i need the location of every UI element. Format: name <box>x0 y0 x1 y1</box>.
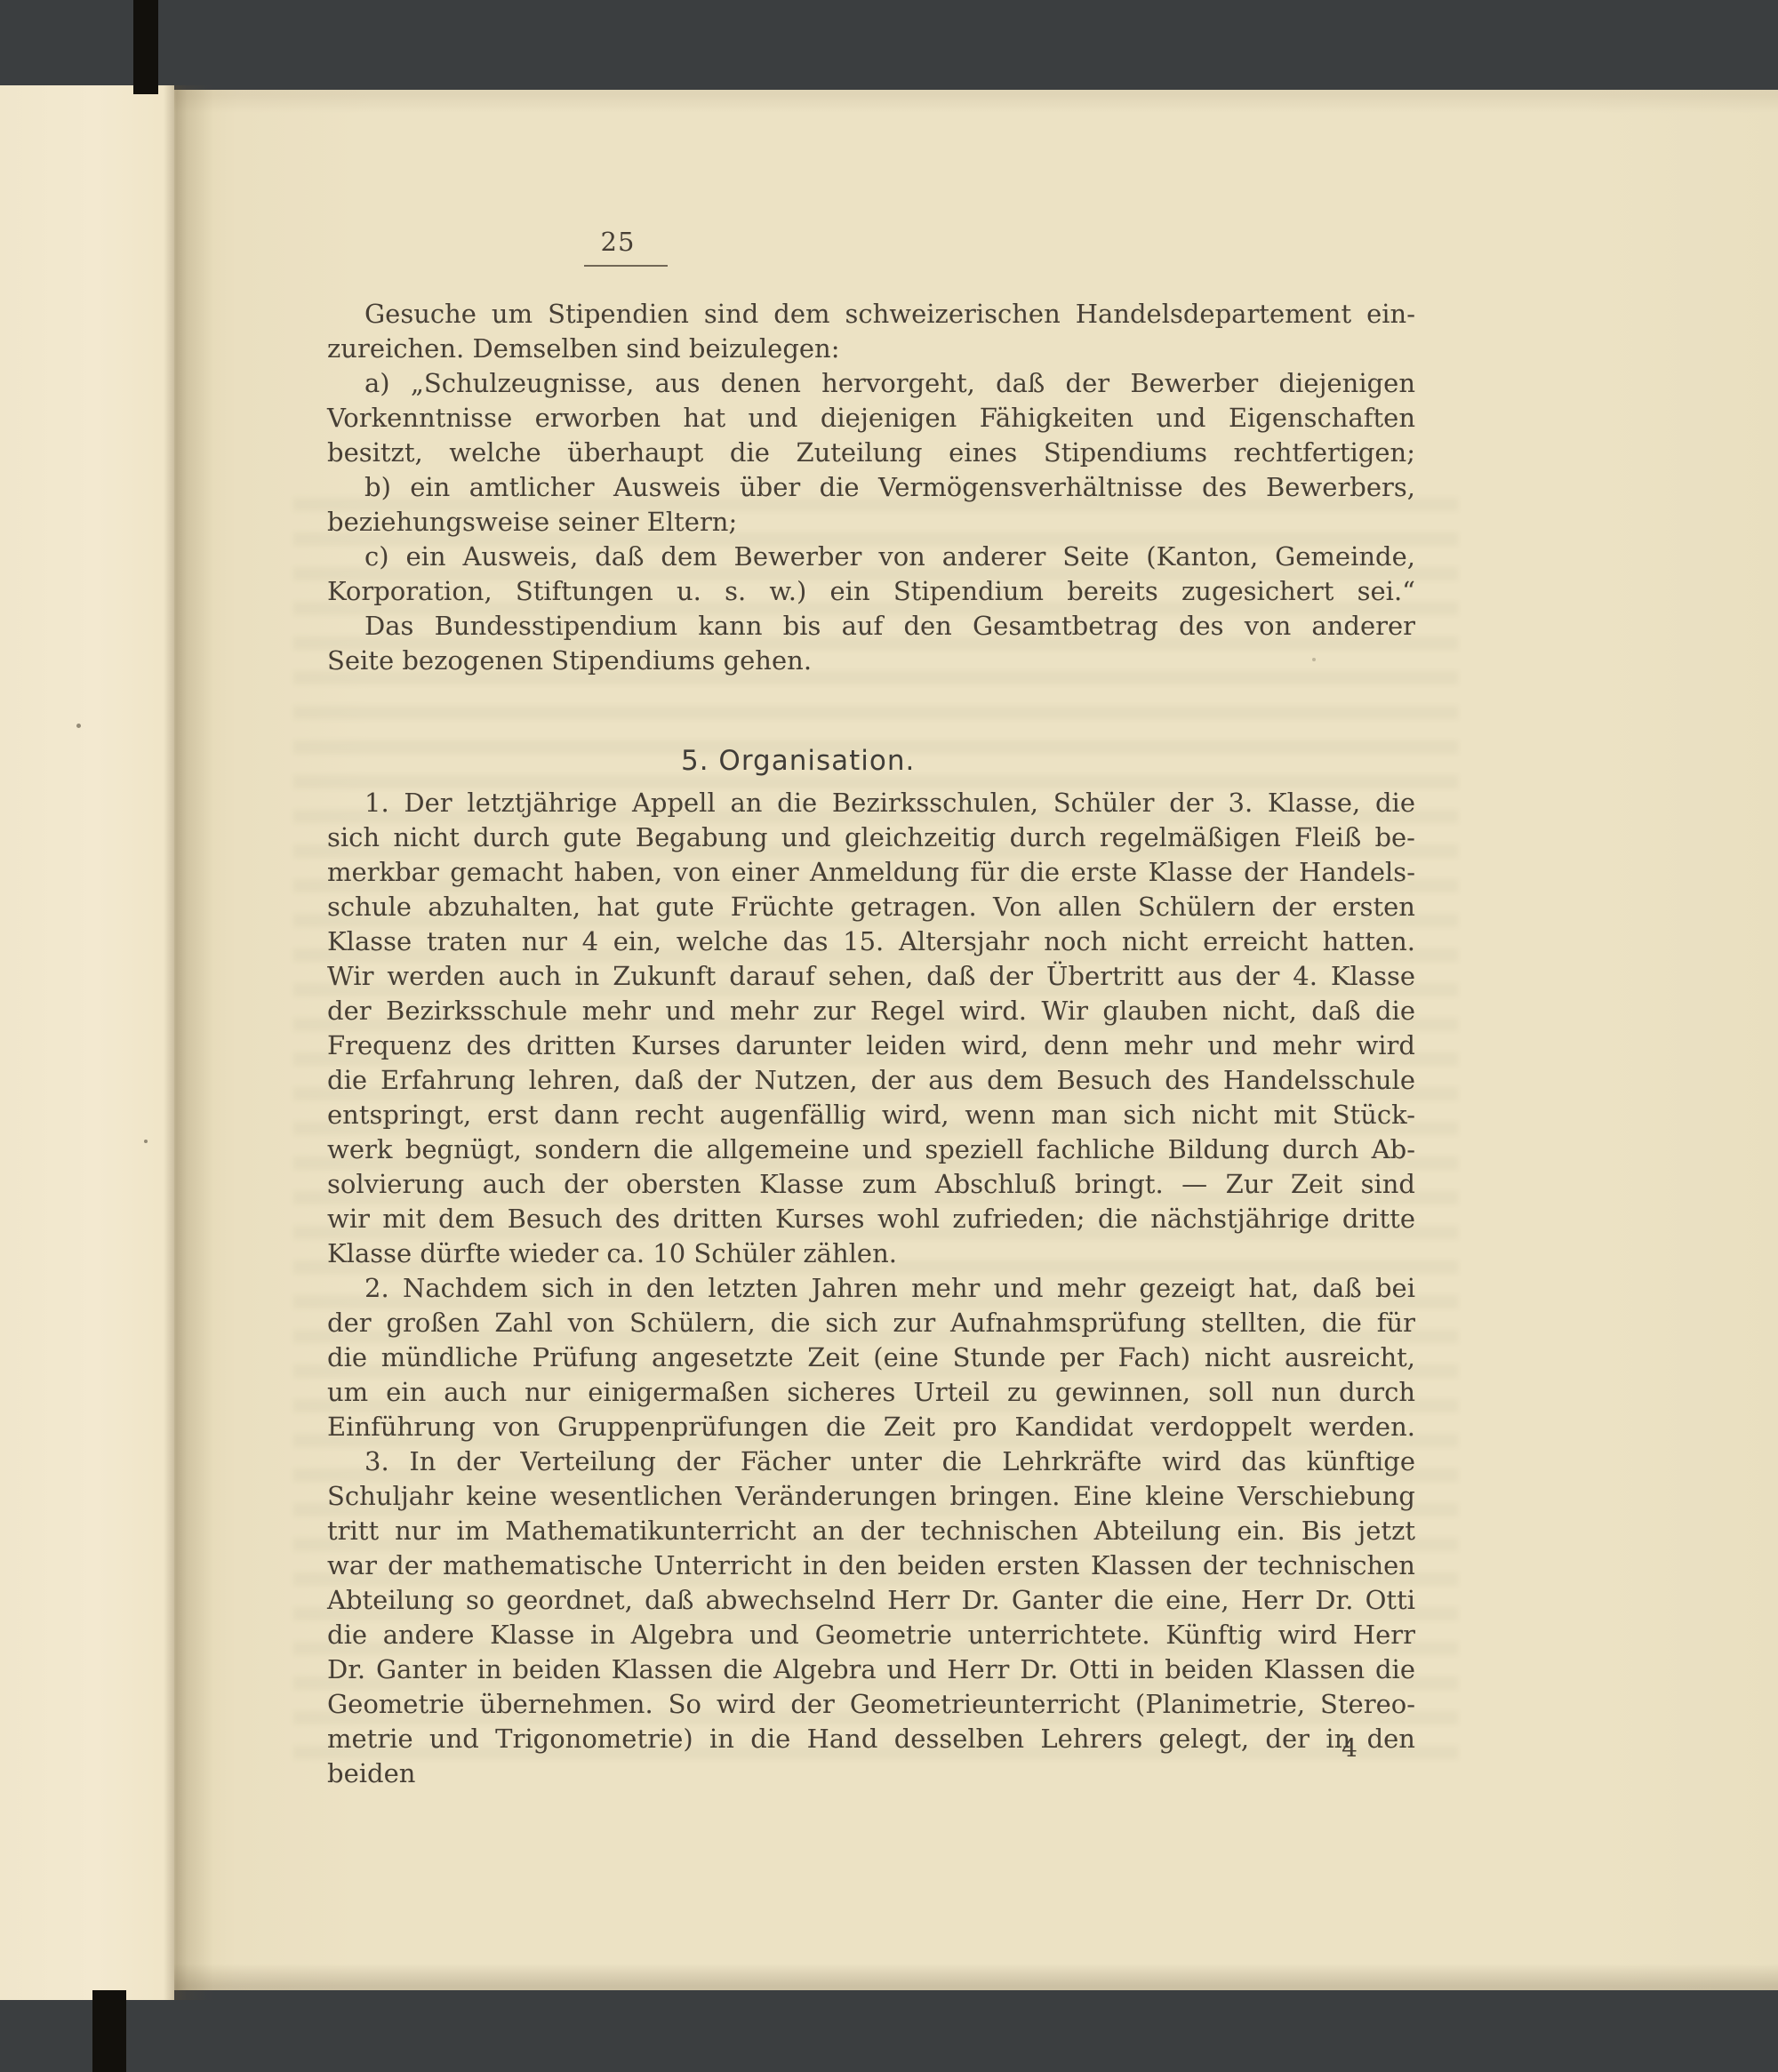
paper-speck <box>76 724 81 728</box>
signature-mark: 4 <box>1305 1733 1394 1763</box>
text-line: metrie und Trigonometrie) in die Hand de… <box>327 1722 1415 1791</box>
page-number: 25 <box>560 227 676 257</box>
facing-page-edge <box>0 85 174 2000</box>
section-heading-text: 5. Organisation. <box>681 734 915 788</box>
page-number-rule <box>584 265 668 267</box>
book-gutter-shadow-top <box>133 0 158 94</box>
text-line: um ein auch nur einigermaßen sicheres Ur… <box>327 1375 1415 1410</box>
page-fold-crease <box>164 85 213 2000</box>
book-gutter-shadow-bottom <box>92 1990 126 2072</box>
text-line: Klasse traten nur 4 ein, welche das 15. … <box>327 924 1415 959</box>
text-line: die Erfahrung lehren, daß der Nutzen, de… <box>327 1063 1415 1098</box>
text-line: solvierung auch der obersten Klasse zum … <box>327 1167 1415 1202</box>
text-line: merkbar gemacht haben, von einer Anmeldu… <box>327 855 1415 890</box>
text-line: der Bezirksschule mehr und mehr zur Rege… <box>327 994 1415 1028</box>
text-line: Vorkenntnisse erworben hat und diejenige… <box>327 401 1415 436</box>
scanned-book-page: 25 Gesuche um Stipendien sind dem schwei… <box>0 0 1778 2072</box>
text-line: 3. In der Verteilung der Fächer unter di… <box>327 1444 1415 1479</box>
text-line: Abteilung so geordnet, daß abwechselnd H… <box>327 1583 1415 1618</box>
text-line: entspringt, erst dann recht augenfällig … <box>327 1098 1415 1132</box>
text-line: die andere Klasse in Algebra und Geometr… <box>327 1618 1415 1652</box>
text-line: Dr. Ganter in beiden Klassen die Algebra… <box>327 1652 1415 1687</box>
text-line: Frequenz des dritten Kurses darunter lei… <box>327 1028 1415 1063</box>
text-line: war der mathematische Unterricht in den … <box>327 1548 1415 1583</box>
text-line: c) ein Ausweis, daß dem Bewerber von and… <box>327 540 1415 574</box>
text-line: 2. Nachdem sich in den letzten Jahren me… <box>327 1271 1415 1306</box>
text-line: Klasse dürfte wieder ca. 10 Schüler zähl… <box>327 1236 1415 1271</box>
text-line: zureichen. Demselben sind beizulegen: <box>327 332 1415 366</box>
text-line: der großen Zahl von Schülern, die sich z… <box>327 1306 1415 1340</box>
paper-speck <box>144 1140 148 1143</box>
text-line: Gesuche um Stipendien sind dem schweizer… <box>327 297 1415 332</box>
text-line: werk begnügt, sondern die allgemeine und… <box>327 1132 1415 1167</box>
text-line: Geometrie übernehmen. So wird der Geomet… <box>327 1687 1415 1722</box>
text-line: Korporation, Stiftungen u. s. w.) ein St… <box>327 574 1415 609</box>
text-line: besitzt, welche überhaupt die Zuteilung … <box>327 436 1415 470</box>
text-line: Das Bundesstipendium kann bis auf den Ge… <box>327 609 1415 644</box>
text-line: a) „Schulzeugnisse, aus denen hervorgeht… <box>327 366 1415 401</box>
text-line: Wir werden auch in Zukunft darauf sehen,… <box>327 959 1415 994</box>
text-line: Schuljahr keine wesentlichen Veränderung… <box>327 1479 1415 1514</box>
text-line: Seite bezogenen Stipendiums gehen. <box>327 644 1415 678</box>
body-paragraphs: 1. Der letztjährige Appell an die Bezirk… <box>327 786 1415 1791</box>
text-line: schule abzuhalten, hat gute Früchte getr… <box>327 890 1415 924</box>
text-line: 1. Der letztjährige Appell an die Bezirk… <box>327 786 1415 820</box>
text-line: die mündliche Prüfung angesetzte Zeit (e… <box>327 1340 1415 1375</box>
text-line: tritt nur im Mathematikunterricht an der… <box>327 1514 1415 1548</box>
intro-paragraphs: Gesuche um Stipendien sind dem schweizer… <box>327 297 1415 678</box>
text-line: Einführung von Gruppenprüfungen die Zeit… <box>327 1410 1415 1444</box>
section-heading: 5. Organisation. <box>327 734 1415 788</box>
text-line: sich nicht durch gute Begabung und gleic… <box>327 820 1415 855</box>
text-line: b) ein amtlicher Ausweis über die Vermög… <box>327 470 1415 505</box>
text-line: wir mit dem Besuch des dritten Kurses wo… <box>327 1202 1415 1236</box>
text-line: beziehungsweise seiner Eltern; <box>327 505 1415 540</box>
